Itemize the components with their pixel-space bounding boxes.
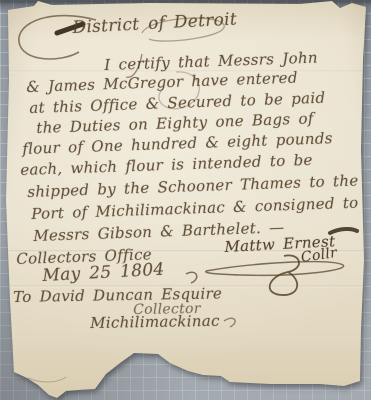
photo-of-document: District of Detroit I certify that Messr… bbox=[0, 0, 371, 400]
manuscript-paper: District of Detroit I certify that Messr… bbox=[0, 0, 371, 400]
paper-shadow: District of Detroit I certify that Messr… bbox=[0, 0, 371, 400]
place-curl-flourish bbox=[224, 318, 235, 327]
signature-sweep-flourish bbox=[206, 262, 344, 276]
addressee-place: Michilimackinac bbox=[90, 312, 220, 332]
date-curl-flourish bbox=[186, 272, 197, 283]
tear-crack bbox=[28, 377, 66, 382]
